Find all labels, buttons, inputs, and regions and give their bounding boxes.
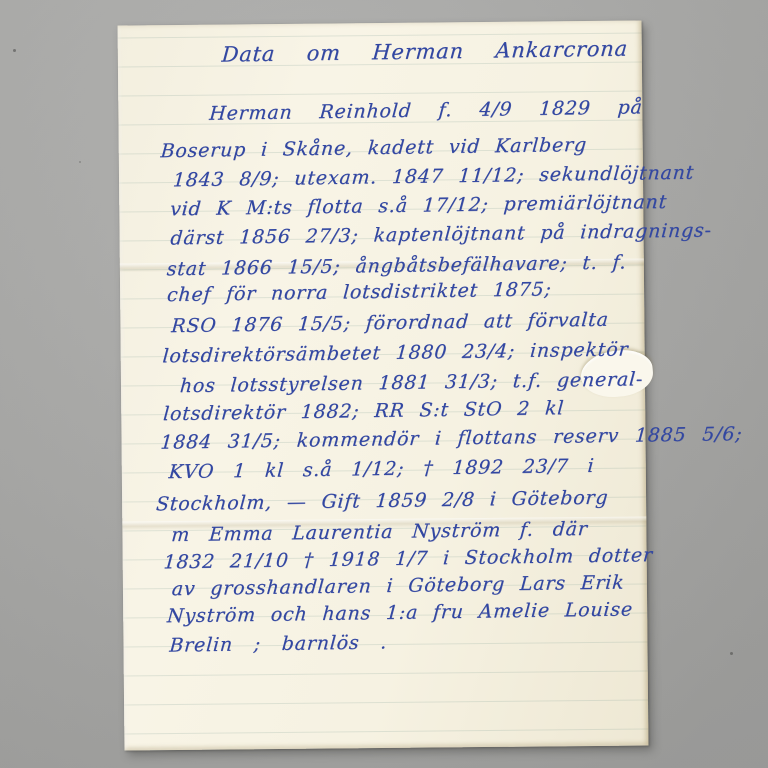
- dust-speck: [730, 652, 733, 655]
- letter-line: KVO 1 kl s.å 1/12; † 1892 23/7 i: [168, 455, 595, 483]
- letter-line: lotsdirektör 1882; RR S:t StO 2 kl: [162, 397, 565, 425]
- letter-line: 1843 8/9; utexam. 1847 11/12; sekundlöjt…: [172, 162, 695, 192]
- letter-line: 1884 31/5; kommendör i flottans reserv 1…: [160, 423, 744, 454]
- photo-background: Data om Herman Ankarcrona Herman Reinhol…: [0, 0, 768, 768]
- letter-line: Nyström och hans 1:a fru Amelie Louise: [166, 598, 633, 627]
- letter-line: vid K M:ts flotta s.å 17/12; premiärlöjt…: [169, 191, 668, 220]
- letter-line: m Emma Laurentia Nyström f. där: [171, 518, 589, 546]
- letter-line: Herman Reinhold f. 4/9 1829 på: [208, 96, 643, 124]
- letter-line: RSO 1876 15/5; förordnad att förvalta: [171, 309, 610, 338]
- letter-line: Brelin ; barnlös .: [169, 631, 388, 656]
- letter-line: av grosshandlaren i Göteborg Lars Erik: [171, 571, 625, 600]
- letter-line: hos lotsstyrelsen 1881 31/3; t.f. genera…: [179, 368, 644, 397]
- handwritten-letter: Data om Herman Ankarcrona Herman Reinhol…: [118, 21, 649, 751]
- dust-speck: [79, 161, 81, 163]
- letter-line: chef för norra lotsdistriktet 1875;: [166, 278, 552, 306]
- letter-line: stat 1866 15/5; ångbåtsbefälhavare; t. f…: [166, 251, 627, 280]
- letter-line: Boserup i Skåne, kadett vid Karlberg: [160, 134, 588, 162]
- letter-line: Stockholm, — Gift 1859 2/8 i Göteborg: [155, 487, 609, 516]
- letter-line: därst 1856 27/3; kaptenlöjtnant på indra…: [170, 219, 713, 249]
- dust-speck: [13, 49, 16, 52]
- letter-line: 1832 21/10 † 1918 1/7 i Stockholm dotter: [163, 544, 654, 573]
- letter-title: Data om Herman Ankarcrona: [221, 37, 629, 67]
- letter-line: lotsdirektörsämbetet 1880 23/4; inspektö…: [162, 338, 629, 367]
